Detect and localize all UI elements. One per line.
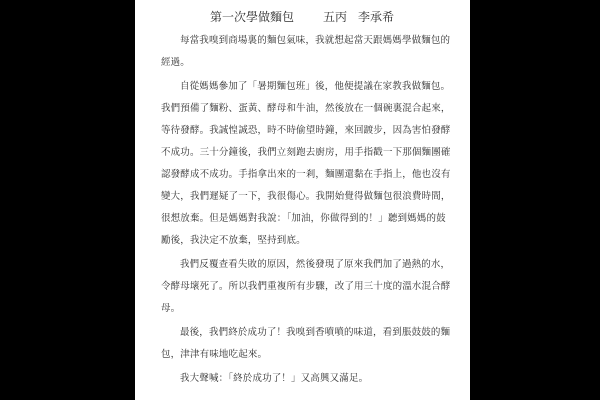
text-line: 變大，我們遲疑了一下，我很傷心。我開始覺得做麵包很浪費時間， (161, 186, 443, 208)
essay-body: 每當我嗅到商場裏的麵包氣味，我就想起當天跟媽媽學做麵包的經過。自從媽媽參加了「暑… (161, 30, 443, 390)
text-line: 經過。 (161, 52, 443, 74)
text-line: 我大聲喊：「終於成功了！」又高興又滿足。 (161, 368, 443, 390)
document-page: 第一次學做麵包 五丙 李承希 每當我嗅到商場裏的麵包氣味，我就想起當天跟媽媽學做… (135, 0, 470, 400)
text-line: 不成功。三十分鐘後，我們立刻跑去廚房，用手指戳一下那個麵團確 (161, 142, 443, 164)
author-name: 李承希 (358, 10, 394, 24)
paragraph: 自從媽媽參加了「暑期麵包班」後，他便提議在家教我做麵包。我們預備了麵粉、蛋黃、酵… (161, 76, 443, 252)
text-line: 認發酵成不成功。手指拿出來的一剎，麵團還黏在手指上，他也沒有 (161, 164, 443, 186)
text-line: 很想放棄。但是媽媽對我說：「加油，你做得到的！」聽到媽媽的鼓 (161, 208, 443, 230)
text-line: 最後，我們終於成功了！我嗅到香噴噴的味道，看到脹鼓鼓的麵 (161, 322, 443, 344)
text-line: 我們反覆查看失敗的原因，然後發現了原來我們加了過熱的水， (161, 254, 443, 276)
text-line: 我們預備了麵粉、蛋黃、酵母和牛油，然後放在一個碗裏混合起來， (161, 98, 443, 120)
paragraph: 最後，我們終於成功了！我嗅到香噴噴的味道，看到脹鼓鼓的麵包，津津有味地吃起來。 (161, 322, 443, 366)
right-letterbox (470, 0, 600, 400)
text-line: 每當我嗅到商場裏的麵包氣味，我就想起當天跟媽媽學做麵包的 (161, 30, 443, 52)
text-line: 自從媽媽參加了「暑期麵包班」後，他便提議在家教我做麵包。 (161, 76, 443, 98)
class-name: 五丙 (323, 10, 347, 24)
paragraph: 每當我嗅到商場裏的麵包氣味，我就想起當天跟媽媽學做麵包的經過。 (161, 30, 443, 74)
text-line: 令酵母壞死了。所以我們重複所有步驟，改了用三十度的溫水混合酵 (161, 276, 443, 298)
text-line: 包，津津有味地吃起來。 (161, 344, 443, 366)
paragraph: 我大聲喊：「終於成功了！」又高興又滿足。 (161, 368, 443, 390)
paragraph: 我們反覆查看失敗的原因，然後發現了原來我們加了過熱的水，令酵母壞死了。所以我們重… (161, 254, 443, 320)
essay-header: 第一次學做麵包 五丙 李承希 (161, 5, 443, 29)
text-line: 母。 (161, 298, 443, 320)
left-letterbox (0, 0, 135, 400)
text-line: 等待發酵。我誠惶誠恐，時不時偷望時鐘，來回踱步，因為害怕發酵 (161, 120, 443, 142)
essay-title: 第一次學做麵包 (210, 10, 294, 24)
text-line: 勵後，我決定不放棄，堅持到底。 (161, 230, 443, 252)
